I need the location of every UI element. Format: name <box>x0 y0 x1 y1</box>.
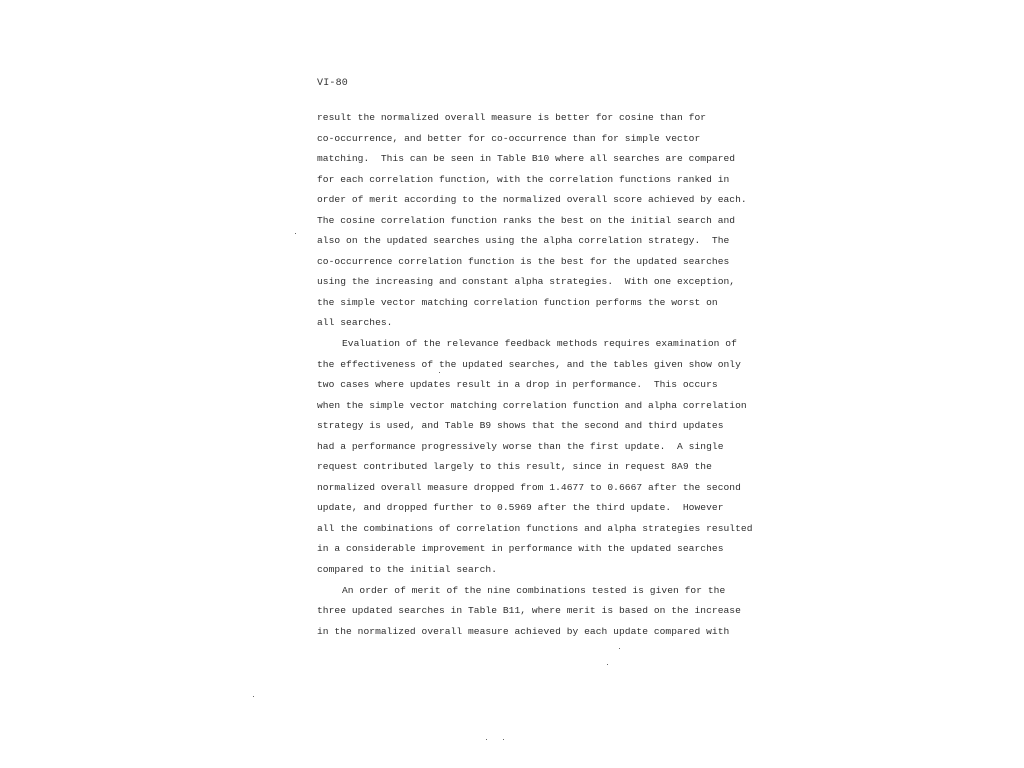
text-line: request contributed largely to this resu… <box>317 457 697 478</box>
text-line: the effectiveness of the updated searche… <box>317 355 697 376</box>
text-line: strategy is used, and Table B9 shows tha… <box>317 416 697 437</box>
scan-speck <box>503 739 504 740</box>
text-line: using the increasing and constant alpha … <box>317 272 697 293</box>
text-line: co-occurrence correlation function is th… <box>317 252 697 273</box>
text-line: in a considerable improvement in perform… <box>317 539 697 560</box>
text-line: matching. This can be seen in Table B10 … <box>317 149 697 170</box>
text-line: co-occurrence, and better for co-occurre… <box>317 129 697 150</box>
body-text: result the normalized overall measure is… <box>317 108 697 642</box>
scan-speck <box>253 696 254 697</box>
text-line: update, and dropped further to 0.5969 af… <box>317 498 697 519</box>
text-line: all searches. <box>317 313 697 334</box>
text-line: when the simple vector matching correlat… <box>317 396 697 417</box>
paragraph-start-line: Evaluation of the relevance feedback met… <box>317 334 697 355</box>
scan-speck <box>619 648 620 649</box>
scan-speck <box>439 372 440 373</box>
scan-speck <box>486 739 487 740</box>
text-line: two cases where updates result in a drop… <box>317 375 697 396</box>
text-line: three updated searches in Table B11, whe… <box>317 601 697 622</box>
text-line: the simple vector matching correlation f… <box>317 293 697 314</box>
text-line: order of merit according to the normaliz… <box>317 190 697 211</box>
scan-speck <box>295 233 296 234</box>
document-page: VI-80 result the normalized overall meas… <box>0 0 1024 768</box>
text-line: had a performance progressively worse th… <box>317 437 697 458</box>
text-line: in the normalized overall measure achiev… <box>317 622 697 643</box>
text-line: result the normalized overall measure is… <box>317 108 697 129</box>
text-line: also on the updated searches using the a… <box>317 231 697 252</box>
text-line: all the combinations of correlation func… <box>317 519 697 540</box>
text-line: The cosine correlation function ranks th… <box>317 211 697 232</box>
text-line: normalized overall measure dropped from … <box>317 478 697 499</box>
paragraph-start-line: An order of merit of the nine combinatio… <box>317 581 697 602</box>
page-number: VI-80 <box>317 78 348 89</box>
text-line: for each correlation function, with the … <box>317 170 697 191</box>
text-line: compared to the initial search. <box>317 560 697 581</box>
scan-speck <box>607 664 608 665</box>
